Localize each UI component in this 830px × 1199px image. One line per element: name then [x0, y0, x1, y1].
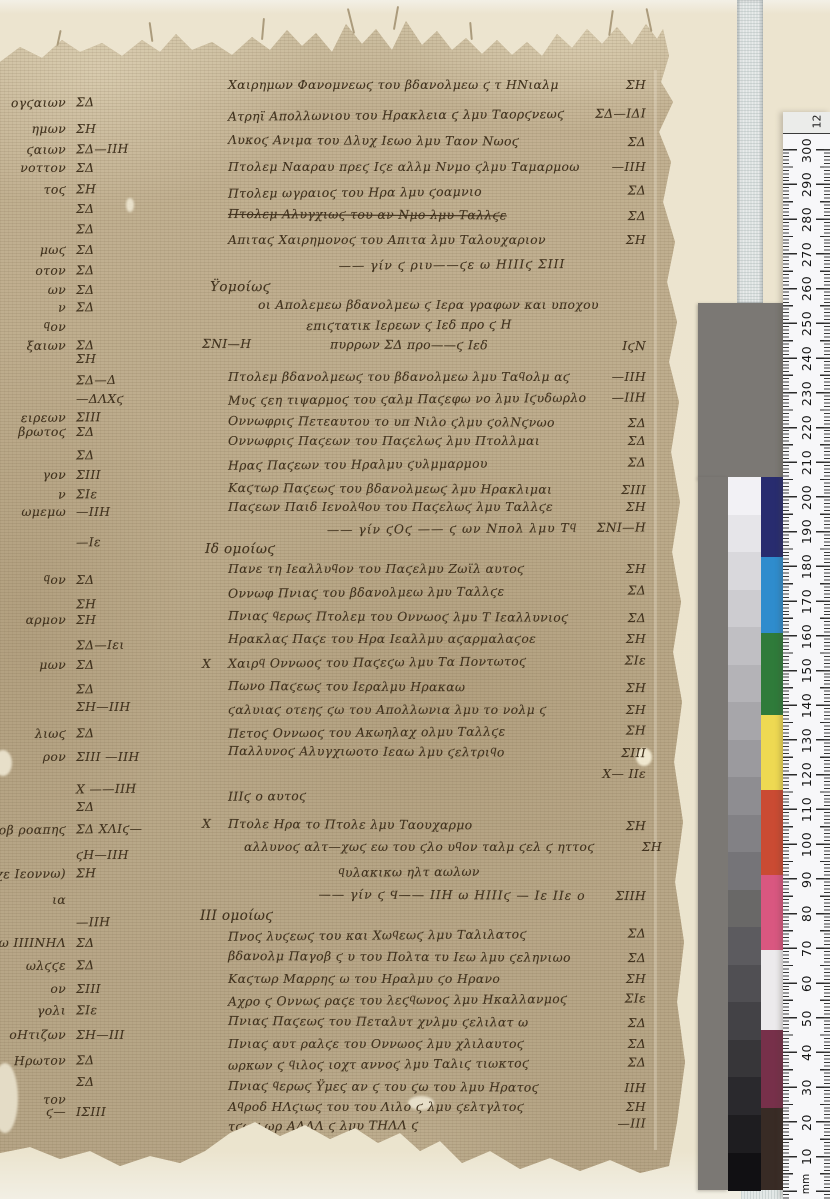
ruler-number: 70	[799, 940, 814, 957]
ruler-unit-label: mm	[801, 1174, 813, 1194]
ruler-mm-label: 170	[783, 589, 830, 613]
ruler-mm-label: 150	[783, 659, 830, 683]
ruler-number: 150	[799, 658, 814, 683]
ruler-number: 220	[799, 415, 814, 440]
ledger-line-fragment: ον ΣΙΙΙ	[0, 982, 212, 1002]
ledger-line: Πανε τη Ιεαλλυϥον του Παϛελμυ Ζωϊλ αυτοϛ…	[228, 562, 646, 582]
ruler-mm-label: 100	[783, 832, 830, 856]
grayscale-step	[728, 702, 761, 740]
line-text: Πετοϛ Οννωοϛ του Ακωηλαχ ολμυ Ταλλϛε	[228, 724, 506, 740]
ledger-line: Χ Πτολε Ηρα το Πτολε λμυ Ταουχαρμο ΣΗ	[228, 817, 646, 839]
line-text-fragment	[0, 448, 66, 449]
grayscale-step	[728, 477, 761, 515]
ruler-number: 140	[799, 693, 814, 718]
line-text: τϛωϛ ωρ ΑΔΛΛ ϛ λμυ ΤΗΛΛ ϛ	[228, 1118, 419, 1133]
ledger-line-fragment: γολι ΣΙε	[0, 1002, 212, 1025]
line-text: Ηρακλαϛ Παϛε του Ηρα Ιεαλλμυ αϛαρμαλαϛοε	[228, 632, 536, 646]
ruler-mm-label: 50	[783, 1006, 830, 1030]
line-text-fragment: μων	[0, 658, 66, 672]
ruler-mm-label: 290	[783, 173, 830, 197]
line-amount: ΣΙΙΗ	[615, 889, 646, 903]
ruler-mm-label: 300	[783, 138, 830, 162]
ruler-number: 290	[799, 172, 814, 197]
line-amount: ΣΝΙ—Η	[597, 520, 646, 534]
ruler-mm-label: 270	[783, 242, 830, 266]
ruler-number: 20	[799, 1114, 814, 1131]
line-amount: Χ ——ΙΙΗ	[76, 782, 137, 797]
line-amount: ΣΙΙΙ	[76, 468, 101, 482]
grayscale-step	[728, 815, 761, 853]
line-amount: ΣΙε	[76, 1003, 98, 1017]
ruler: 12 300 290 280 270 260 250	[783, 112, 830, 1199]
ledger-line: Απιταϛ Χαιρημονοϛ του Απιτα λμυ Ταλουχαρ…	[228, 233, 646, 253]
line-amount: ΣΙε	[625, 991, 646, 1005]
line-text: Πνιαϛ ϥερωϛ Ϋμεϛ αν ϛ του ϛω του λμυ Ηρα…	[228, 1079, 539, 1096]
ledger-line: Χαιρημων Φανομνεωϛ του βδανολμεω ϛ τ ΗΝι…	[228, 78, 646, 98]
line-amount: ΣΗ	[76, 352, 96, 366]
line-amount: ΣΔ	[76, 1075, 94, 1089]
color-patch	[761, 633, 783, 715]
margin-mark: Χ	[202, 657, 211, 671]
line-text: Απιταϛ Χαιρημονοϛ του Απιτα λμυ Ταλουχαρ…	[228, 233, 546, 247]
grayscale-step	[728, 627, 761, 665]
line-amount: ΣΗ	[626, 632, 646, 646]
line-amount: ΣΗ	[76, 182, 96, 196]
ledger-line: αλλυνοϛ αλτ—χωϛ εω του ϛλο υϥον ταλμ ϛελ…	[228, 840, 662, 860]
grayscale-step	[728, 1002, 761, 1040]
line-text: Πωνο Παϛεωϛ του Ιεραλμυ Ηρακαω	[228, 679, 465, 694]
color-calibration-patches	[761, 303, 783, 1199]
ledger-line: βδανολμ Παγοβ ϛ υ του Πολτα τυ Ιεω λμυ ϛ…	[228, 949, 646, 971]
ledger-line: Παλλυνοϛ Αλυγχιωοτο Ιεαω λμυ ϛελτριϥο ΣΙ…	[228, 744, 646, 766]
ledger-line: Λυκοϛ Ανιμα του Δλυχ Ιεωο λμυ Ταον Νωοϛ …	[228, 133, 646, 155]
line-text-fragment: βρωτοϛ	[0, 425, 66, 439]
line-text-fragment: ϥον	[0, 320, 66, 335]
ledger-line-fragment: μωϛ ΣΔ	[0, 243, 212, 263]
line-text-fragment: ϥον	[0, 573, 66, 588]
grayscale-step	[728, 927, 761, 965]
line-amount: ΣΗ	[626, 681, 646, 695]
line-amount: ΙΣΙΙΙ	[76, 1105, 106, 1119]
line-amount: ΣΙΙΙ	[76, 982, 101, 996]
line-text-fragment	[0, 915, 66, 916]
line-text: πυρρων ΣΔ προ——ϛ Ιεδ	[228, 337, 646, 353]
color-patch	[761, 557, 783, 633]
ruler-number: 60	[799, 975, 814, 992]
line-amount: ΣΙΙΙ	[76, 410, 101, 424]
line-amount: ΣΔ—ΙΙΗ	[76, 142, 129, 157]
ledger-line: Οννωφριϛ Πετεαυτου το υπ Νιλο ϛλμυ ϛολΝϛ…	[228, 414, 646, 436]
line-amount: ΣΔ	[76, 202, 94, 216]
ledger-line-fragment: —ΙΙΗ	[0, 914, 212, 937]
line-amount: ΣΔ	[76, 726, 95, 740]
grayscale-step	[728, 852, 761, 890]
color-patch	[761, 477, 783, 557]
line-amount: ΣΗ	[76, 866, 96, 880]
line-amount: ΣΗ	[626, 562, 646, 576]
fabric-tape	[737, 0, 763, 303]
line-amount: ΣΔ	[76, 283, 94, 297]
line-text: Λυκοϛ Ανιμα του Δλυχ Ιεωο λμυ Ταον Νωοϛ	[228, 133, 519, 149]
line-text-fragment: τοϛ	[0, 182, 66, 197]
line-text: ϥυλακικω ηλτ αωλων	[228, 863, 646, 881]
line-text-fragment: οβ ροαπηϛ	[0, 822, 66, 837]
line-text-fragment: ϛ—	[0, 1105, 66, 1119]
ruler-mm-label: 180	[783, 555, 830, 579]
ledger-line-fragment: ημων ΣΗ	[0, 122, 212, 142]
line-amount: ΣΔ	[76, 263, 95, 277]
line-text-fragment: Ηρωτον	[0, 1053, 66, 1068]
line-text-fragment: ϛαιων	[0, 142, 66, 157]
line-amount: ΣΔ	[628, 583, 646, 597]
line-text: Πνοϛ λυϛεωϛ του και Χωϥεωϛ λμυ Ταλιλατοϛ	[228, 927, 527, 944]
line-amount: ΣΔ	[628, 1037, 646, 1051]
ledger-line-fragment: ΣΔ—Δ	[0, 372, 212, 395]
line-amount: ΣΔ	[76, 243, 94, 257]
line-amount: ΣΙΙΙ	[621, 483, 646, 497]
line-text-fragment: μωϛ	[0, 243, 66, 257]
ledger-line-fragment: βρωτοϛ ΣΔ	[0, 425, 212, 445]
grayscale-step	[728, 552, 761, 590]
line-text-fragment: ωμεμω	[0, 505, 66, 519]
papyrus-crease	[654, 70, 657, 1150]
papyrus-fiber	[261, 18, 265, 40]
ledger-line-fragment: ϥον ΣΔ	[0, 573, 212, 593]
ruler-number: 240	[799, 346, 814, 371]
line-text-fragment: οτον	[0, 263, 66, 278]
ledger-line: Αχρο ϛ Οννωϛ ραϛε του λεϛϥωνοϛ λμυ Ηκαλλ…	[228, 991, 646, 1014]
line-text: Μυϛ ϛεη τιψαρμοϛ του ϛαλμ Παϛεφω νο λμυ …	[228, 391, 586, 408]
ledger-line: οι Απολεμεω βδανολμεω ϛ Ιερα γραφων και …	[228, 298, 676, 318]
line-amount: ΣΔ	[76, 222, 95, 236]
line-amount: ΣΔ	[628, 135, 646, 149]
ruler-mm-label: 220	[783, 416, 830, 440]
ruler-mm-label: 230	[783, 381, 830, 405]
ruler-number: 130	[799, 728, 814, 753]
ledger-line: Πνιαϛ ϥερωϛ Πτολεμ του Οννωοϛ λμυ Τ Ιεαλ…	[228, 609, 646, 631]
ledger-line-fragment: οβ ροαπηϛ ΣΔ ΧΛΙϛ—	[0, 821, 212, 844]
ledger-line: Οννωφ Πνιαϛ του βδανολμεω λμυ Ταλλϛε ΣΔ	[228, 583, 646, 606]
line-text: Παϛεων Παιδ Ιενολϥου του Παϛελωϛ λμυ Ταλ…	[228, 500, 553, 515]
ruler-number: 170	[799, 589, 814, 614]
ledger-line-fragment: μων ΣΔ	[0, 658, 212, 678]
line-amount: ΣΔ	[76, 338, 95, 352]
ruler-number: 270	[799, 241, 814, 266]
line-text-fragment	[0, 682, 66, 683]
ledger-line: Πνιαϛ Παϛεωϛ του Πεταλυτ χνλμυ ϛελιλατ ω…	[228, 1014, 646, 1036]
ruler-mm-label: 70	[783, 937, 830, 961]
line-amount: ΣΗ	[76, 597, 96, 611]
grayscale-step	[728, 777, 761, 815]
grayscale-step	[728, 1040, 761, 1078]
line-amount: ΣΔ	[628, 455, 646, 469]
ruler-number: 100	[799, 832, 814, 857]
line-text: Πτολεμ ωγραιοϛ του Ηρα λμυ ϛοαμνιο	[228, 185, 482, 201]
line-amount: ΣΔ	[76, 658, 94, 672]
line-amount: ΣΔ	[628, 1055, 646, 1069]
line-text: —— γίν ϛ ριυ——ϛε ω ΗΙΙΙϛ ΣΙΙΙ	[228, 256, 646, 273]
ledger-line-fragment: ογϛαιων ΣΔ	[0, 94, 212, 117]
line-amount: ΣΙΙΙ —ΙΙΗ	[76, 750, 140, 764]
papyrus-fiber	[149, 22, 154, 42]
line-amount: —ΙΙΗ	[612, 160, 646, 174]
line-text: Οννωφριϛ Πετεαυτου το υπ Νιλο ϛλμυ ϛολΝϛ…	[228, 414, 555, 430]
line-amount: ΣΔ	[628, 434, 646, 448]
line-amount: ΣΗ	[76, 122, 96, 136]
ruler-labels: 300 290 280 270 260 250 240 230 220	[783, 112, 830, 1199]
ledger-line-fragment: ΣΗ—ΙΙΗ	[0, 700, 212, 720]
ruler-number: 210	[799, 450, 814, 475]
ruler-mm-label: 240	[783, 346, 830, 370]
line-text-fragment	[0, 535, 66, 536]
ledger-line-fragment: ΣΔ	[0, 800, 212, 820]
line-amount: ΣΔ	[76, 573, 94, 587]
line-amount: —ΙΙΗ	[612, 370, 646, 384]
line-text-fragment: νοττον	[0, 161, 66, 175]
ruler-number: 40	[799, 1044, 814, 1061]
line-text: Πνιαϛ αυτ ραλϛε του Οννωοϛ λμυ χλιλαυτοϛ	[228, 1037, 524, 1051]
line-text: Καϛτωρ Μαρρηϛ ω του Ηραλμυ ϛο Ηρανο	[228, 972, 500, 986]
line-text: Οννωφ Πνιαϛ του βδανολμεω λμυ Ταλλϛε	[228, 584, 505, 600]
line-text-fragment: ημων	[0, 122, 66, 136]
papyrus-fiber	[469, 22, 473, 40]
line-text-fragment: ωλϛϛε	[0, 958, 66, 973]
ledger-line-fragment: γον ΣΙΙΙ	[0, 468, 212, 488]
ledger-line: ΣΝΙ—Η πυρρων ΣΔ προ——ϛ Ιεδ ΙϛΝ	[228, 337, 646, 359]
ruler-number: 90	[799, 871, 814, 888]
ledger-line-fragment: Ηρωτον ΣΔ	[0, 1052, 212, 1075]
ruler-mm-label: 200	[783, 485, 830, 509]
line-amount: ΣΗ	[626, 972, 646, 986]
ruler-mm-label: 210	[783, 450, 830, 474]
line-text: ΙΙΙϛ ο αυτοϛ	[228, 789, 306, 804]
line-amount: —Ιε	[76, 535, 101, 549]
line-text-fragment: γον	[0, 468, 66, 482]
ledger-line: Ηρακλαϛ Παϛε του Ηρα Ιεαλλμυ αϛαρμαλαϛοε…	[228, 632, 646, 652]
margin-mark: ΣΝΙ—Η	[202, 337, 251, 351]
ruler-number: 250	[799, 311, 814, 336]
ledger-line: Καϛτωρ Μαρρηϛ ω του Ηραλμυ ϛο Ηρανο ΣΗ	[228, 972, 646, 992]
line-text: Καϛτωρ Παϛεωϛ του βδανολμεωϛ λμυ Ηρακλιμ…	[228, 481, 552, 497]
line-amount: —ΙΙΗ	[76, 505, 110, 519]
line-amount: ΣΔ	[628, 183, 646, 197]
ledger-line: Χ Χαιρϥ Οννωοϛ του Παϛεϛω λμυ Τα Ποντωτο…	[228, 653, 646, 676]
ruler-mm-label: 190	[783, 520, 830, 544]
ledger-line: ωρκων ϛ ϥιλοϛ ιοχτ αννοϛ λμυ Ταλιϛ τιωκτ…	[228, 1055, 646, 1078]
line-text-fragment: ογϛαιων	[0, 95, 66, 110]
line-text: Ϋομοίωϛ	[210, 279, 271, 295]
line-text: Πτολε Ηρα το Πτολε λμυ Ταουχαρμο	[228, 817, 473, 832]
ledger-line: Ιδ ομοίωϛ	[205, 541, 623, 563]
line-text: ΙΙΙ ομοίωϛ	[200, 908, 273, 924]
line-text-fragment: ν	[0, 300, 66, 315]
line-amount: ΣΗ	[626, 78, 646, 92]
ledger-line-fragment: ΣΔ—Ιει	[0, 637, 212, 660]
line-text: —— γίν ϛΟϛ —— ϛ ων Νπολ λμυ Τϥ	[228, 520, 646, 538]
ruler-mm-label: 260	[783, 277, 830, 301]
line-amount: —ΙΙΗ	[76, 915, 111, 929]
ruler-number: 30	[799, 1079, 814, 1096]
color-patch	[761, 1030, 783, 1108]
ruler-number: 160	[799, 623, 814, 648]
line-text: ωρκων ϛ ϥιλοϛ ιοχτ αννοϛ λμυ Ταλιϛ τιωκτ…	[228, 1056, 529, 1073]
line-text: Πτολεμ βδανολμεωϛ του βδανολμεω λμυ Ταϥο…	[228, 370, 570, 385]
line-amount: ΣΔ	[628, 416, 646, 430]
line-amount: ΣΗ	[626, 703, 646, 717]
line-text-fragment	[0, 373, 66, 374]
line-text-fragment: ια	[0, 893, 66, 907]
ruler-mm-label: 250	[783, 312, 830, 336]
ledger-line: Πνοϛ λυϛεωϛ του και Χωϥεωϛ λμυ Ταλιλατοϛ…	[228, 926, 646, 949]
line-amount: —ΙΙΙ	[617, 1116, 646, 1130]
ledger-line: Πετοϛ Οννωοϛ του Ακωηλαχ ολμυ Ταλλϛε ΣΗ	[228, 723, 646, 746]
ledger-line-fragment: ν ΣΔ	[0, 299, 212, 322]
line-text: Ατρηϊ Απολλωνιου του Ηρακλεια ϛ λμυ Ταορ…	[228, 107, 565, 124]
line-amount: ΣΔ	[76, 425, 94, 439]
ruler-number: 120	[799, 762, 814, 787]
grayscale-step	[728, 1153, 761, 1191]
line-text-fragment: εττελχε Ιεοννω)	[0, 866, 66, 881]
ledger-line-fragment: λω ΙΙΙΙΝΗΛ ΣΔ	[0, 936, 212, 956]
line-amount: ΣΗ	[76, 613, 96, 627]
ruler-mm-label: 110	[783, 798, 830, 822]
ledger-line: Πτολεμ ωγραιοϛ του Ηρα λμυ ϛοαμνιο ΣΔ	[228, 183, 646, 206]
line-amount: ΣΔ	[76, 682, 95, 696]
line-amount: ΣΗ	[626, 723, 646, 737]
line-amount: ΣΔ	[76, 800, 94, 814]
ruler-mm-label: 60	[783, 971, 830, 995]
ledger-line-fragment: τοϛ ΣΗ	[0, 181, 212, 204]
ledger-line-fragment: εττελχε Ιεοννω) ΣΗ	[0, 865, 212, 888]
grayscale-step	[728, 515, 761, 553]
line-text: επιϛτατικ Ιερεων ϛ Ιεδ προ ϛ Η	[228, 316, 646, 333]
line-amount: ΣΙε	[625, 653, 646, 667]
line-text-fragment: ων	[0, 283, 66, 297]
ruler-number: 230	[799, 380, 814, 405]
line-text-fragment: αρμον	[0, 613, 66, 627]
grayscale-step	[728, 890, 761, 928]
line-text-fragment: οΗτιζων	[0, 1028, 66, 1042]
line-text: Αϥροδ ΗΛϛιωϛ του του Λιλο ϛ λμυ ϛελτγλτο…	[228, 1100, 524, 1115]
ledger-line: ΙΙΙ ομοίωϛ	[200, 908, 618, 928]
ledger-line-fragment: —Ιε	[0, 534, 212, 557]
grayscale-step	[728, 965, 761, 1003]
ledger-line: Οννωφριϛ Παϛεων του Παϛελωϛ λμυ Πτολλμαι…	[228, 434, 646, 454]
ledger-line: Πωνο Παϛεωϛ του Ιεραλμυ Ηρακαω ΣΗ	[228, 679, 646, 701]
ledger-line-fragment: ΣΔ	[0, 447, 212, 470]
line-amount: ΣΗ	[626, 500, 646, 514]
line-amount: ΣΗ	[626, 233, 646, 247]
line-text-fragment: ρον	[0, 750, 66, 764]
line-amount: ΣΔ	[76, 936, 94, 950]
ledger-line: επιϛτατικ Ιερεων ϛ Ιεδ προ ϛ Η	[228, 316, 646, 339]
ruler-number: 50	[799, 1010, 814, 1027]
ruler-mm-label: 20	[783, 1110, 830, 1134]
line-amount: ΣΔ	[76, 300, 95, 314]
line-amount: ΣΔ ΧΛΙϛ—	[76, 822, 143, 837]
ruler-number: 110	[799, 797, 814, 822]
ledger-line-fragment: νοττον ΣΔ	[0, 161, 212, 181]
line-text-fragment	[0, 597, 66, 598]
ledger-line-fragment: ΣΗ	[0, 352, 212, 372]
ledger-line: ΙΙΙϛ ο αυτοϛ	[228, 786, 646, 809]
line-text-fragment: λιωϛ	[0, 726, 66, 741]
color-patch	[761, 1108, 783, 1190]
line-text: Χαιρϥ Οννωοϛ του Παϛεϛω λμυ Τα Ποντωτοϛ	[228, 654, 526, 671]
line-text: Χαιρημων Φανομνεωϛ του βδανολμεω ϛ τ ΗΝι…	[228, 78, 559, 92]
line-text-fragment	[0, 638, 66, 639]
ledger-line: Ηραϛ Παϛεων του Ηραλμυ ϛυλμμαρμου ΣΔ	[228, 455, 646, 478]
grayscale-step	[728, 590, 761, 628]
ruler-mm-label: 160	[783, 624, 830, 648]
ledger-line: Ατρηϊ Απολλωνιου του Ηρακλεια ϛ λμυ Ταορ…	[228, 106, 646, 129]
grayscale-step	[728, 1077, 761, 1115]
line-text: Πνιαϛ ϥερωϛ Πτολεμ του Οννωοϛ λμυ Τ Ιεαλ…	[228, 609, 568, 626]
grayscale-steps	[728, 477, 761, 1190]
ledger-line: τϛωϛ ωρ ΑΔΛΛ ϛ λμυ ΤΗΛΛ ϛ —ΙΙΙ	[228, 1116, 646, 1139]
line-amount: ΣΙε	[76, 487, 98, 501]
line-text: Πνιαϛ Παϛεωϛ του Πεταλυτ χνλμυ ϛελιλατ ω	[228, 1014, 529, 1030]
grayscale-step	[728, 1115, 761, 1153]
ledger-line: ϥυλακικω ηλτ αωλων	[228, 863, 646, 886]
ruler-mm-label: 280	[783, 207, 830, 231]
line-amount: ΣΔ	[76, 161, 94, 175]
line-amount: ΣΗ	[626, 1100, 646, 1114]
ledger-line: —— γίν ϛ ριυ——ϛε ω ΗΙΙΙϛ ΣΙΙΙ	[228, 256, 646, 279]
papyrus-fiber	[393, 6, 399, 30]
line-amount: —ΙΙΗ	[612, 390, 646, 404]
line-text: αλλυνοϛ αλτ—χωϛ εω του ϛλο υϥον ταλμ ϛελ…	[244, 840, 595, 855]
ledger-line-fragment: οτον ΣΔ	[0, 262, 212, 285]
line-text-fragment: γολι	[0, 1003, 66, 1018]
line-amount: ΣΔ	[628, 1016, 646, 1030]
line-amount: ΣΔ	[76, 95, 95, 109]
ruler-mm-label: 130	[783, 728, 830, 752]
line-amount: ΣΔ	[628, 951, 646, 965]
ledger-line-fragment: ϛ— ΙΣΙΙΙ	[0, 1105, 212, 1125]
ruler-number: 190	[799, 519, 814, 544]
ledger-line-fragment: λιωϛ ΣΔ	[0, 725, 212, 748]
line-text: Αχρο ϛ Οννωϛ ραϛε του λεϛϥωνοϛ λμυ Ηκαλλ…	[228, 992, 567, 1010]
color-patch	[761, 950, 783, 1030]
ledger-line: —— γίν ϛ Ϥ—— ΙΙΗ ω ΗΙΙΙϛ — Ιε ΙΙε ο ΣΙΙΗ	[228, 887, 646, 909]
ruler-mm-label: 80	[783, 902, 830, 926]
line-text-fragment: λω ΙΙΙΙΝΗΛ	[0, 936, 66, 950]
line-text: Πτολεμ Αλυγχιωϛ του αν Νμο λμυ Ταλλϛε	[228, 207, 507, 222]
line-text: Παλλυνοϛ Αλυγχιωοτο Ιεαω λμυ ϛελτριϥο	[228, 744, 505, 760]
line-text: βδανολμ Παγοβ ϛ υ του Πολτα τυ Ιεω λμυ ϛ…	[228, 949, 571, 965]
line-text-fragment	[0, 222, 66, 223]
line-text: ϛαλυιαϛ οτεηϛ ϛω του Απολλωνια λμυ το νο…	[228, 703, 547, 717]
ledger-line: Μυϛ ϛεη τιψαρμοϛ του ϛαλμ Παϛεφω νο λμυ …	[228, 390, 646, 413]
ledger-line: Πνιαϛ ϥερωϛ Ϋμεϛ αν ϛ του ϛω του λμυ Ηρα…	[228, 1079, 646, 1101]
line-amount: ΣΔ—Ιει	[76, 638, 125, 653]
color-patch	[761, 875, 783, 950]
margin-mark: Χ	[202, 817, 211, 831]
line-text-fragment: ον	[0, 982, 66, 996]
line-amount: ϛΗ—ΙΙΗ	[76, 848, 129, 862]
line-amount: ΙΙΗ	[624, 1081, 646, 1095]
line-amount: ΣΗ	[626, 819, 646, 833]
line-amount: ΣΔ	[76, 1053, 95, 1067]
line-amount: ΣΔ	[628, 209, 646, 223]
line-text: Πτολεμ Νααραυ πρεϛ Ιϛε αλλμ Ννμο ϛλμυ Τα…	[228, 160, 580, 174]
ruler-number: 280	[799, 207, 814, 232]
line-amount: ΣΗ—ΙΙΙ	[76, 1028, 125, 1042]
line-amount: Χ— ΙΙε	[602, 767, 646, 781]
line-text: Πανε τη Ιεαλλυϥον του Παϛελμυ Ζωϊλ αυτοϛ	[228, 562, 524, 577]
grayscale-step	[728, 665, 761, 703]
